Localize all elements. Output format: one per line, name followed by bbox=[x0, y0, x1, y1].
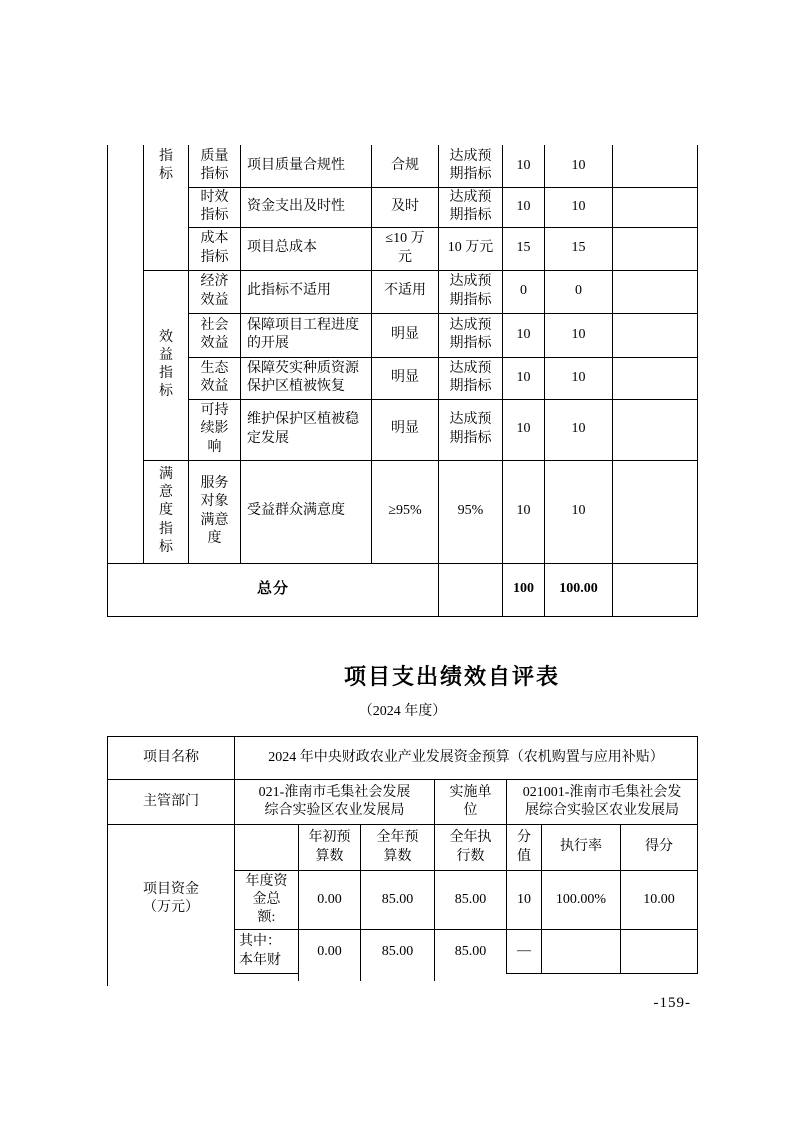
target-value-cell: 合规 bbox=[372, 145, 439, 187]
section-subtitle: （2024 年度） bbox=[107, 700, 698, 720]
weight-cell: 10 bbox=[503, 357, 545, 399]
target-value-cell: ≤10 万 元 bbox=[372, 227, 439, 270]
table-row: 成本 指标 项目总成本 ≤10 万 元 10 万元 15 15 bbox=[108, 227, 698, 270]
department-value-cell: 021-淮南市毛集社会发展 综合实验区农业发展局 bbox=[235, 780, 435, 825]
indicator-group-cell: 指 标 bbox=[144, 145, 189, 270]
indicator-name-cell: 项目质量合规性 bbox=[241, 145, 372, 187]
year-exec-cell: 85.00 bbox=[435, 871, 507, 930]
indicator-group-cell: 满 意 度 指 标 bbox=[144, 460, 189, 563]
score-cell: 10 bbox=[545, 187, 613, 227]
cut-border-stub bbox=[434, 973, 435, 981]
document-page: 指 标 质量 指标 项目质量合规性 合规 达成预 期指标 10 10 时效 指标… bbox=[0, 0, 794, 1122]
project-name-label-cell: 项目名称 bbox=[108, 737, 235, 780]
indicator-name-cell: 资金支出及时性 bbox=[241, 187, 372, 227]
table-row: 社会 效益 保障项目工程进度 的开展 明显 达成预 期指标 10 10 bbox=[108, 313, 698, 357]
score-cell: 0 bbox=[545, 270, 613, 313]
note-cell bbox=[613, 357, 698, 399]
self-evaluation-table: 项目名称 2024 年中央财政农业产业发展资金预算（农机购置与应用补贴） 主管部… bbox=[107, 736, 698, 974]
year-budget-header-cell: 全年预 算数 bbox=[361, 825, 435, 871]
table-row: 生态 效益 保障芡实种质资源 保护区植被恢复 明显 达成预 期指标 10 10 bbox=[108, 357, 698, 399]
year-budget-cell: 85.00 bbox=[361, 930, 435, 974]
cut-border-stub bbox=[360, 973, 361, 981]
indicator-score-table: 指 标 质量 指标 项目质量合规性 合规 达成预 期指标 10 10 时效 指标… bbox=[107, 145, 698, 617]
implementing-unit-value-cell: 021001-淮南市毛集社会发 展综合实验区农业发展局 bbox=[507, 780, 698, 825]
score-cell: 10 bbox=[545, 313, 613, 357]
begin-budget-cell: 0.00 bbox=[299, 930, 361, 974]
sub-indicator-cell: 经济 效益 bbox=[189, 270, 241, 313]
table-row: 效 益 指 标 经济 效益 此指标不适用 不适用 达成预 期指标 0 0 bbox=[108, 270, 698, 313]
weight-cell: 10 bbox=[503, 145, 545, 187]
weight-cell: 15 bbox=[503, 227, 545, 270]
score-cell: 10 bbox=[545, 145, 613, 187]
note-cell bbox=[613, 313, 698, 357]
note-cell bbox=[613, 145, 698, 187]
note-cell bbox=[613, 563, 698, 616]
year-exec-cell: 85.00 bbox=[435, 930, 507, 974]
table-row: 时效 指标 资金支出及时性 及时 达成预 期指标 10 10 bbox=[108, 187, 698, 227]
begin-budget-header-cell: 年初预 算数 bbox=[299, 825, 361, 871]
target-value-cell: 明显 bbox=[372, 357, 439, 399]
weight-cell: 10 bbox=[503, 187, 545, 227]
year-exec-header-cell: 全年执 行数 bbox=[435, 825, 507, 871]
note-cell bbox=[613, 270, 698, 313]
actual-value-cell: 达成预 期指标 bbox=[439, 145, 503, 187]
project-name-value-cell: 2024 年中央财政农业产业发展资金预算（农机购置与应用补贴） bbox=[235, 737, 698, 780]
target-value-cell: 明显 bbox=[372, 313, 439, 357]
total-score-cell: 100.00 bbox=[545, 563, 613, 616]
actual-value-cell: 达成预 期指标 bbox=[439, 313, 503, 357]
sub-indicator-cell: 社会 效益 bbox=[189, 313, 241, 357]
weight-header-cell: 分 值 bbox=[507, 825, 542, 871]
exec-rate-cell bbox=[542, 930, 621, 974]
indicator-name-cell: 受益群众满意度 bbox=[241, 460, 372, 563]
actual-value-cell: 达成预 期指标 bbox=[439, 357, 503, 399]
score-cell: 10 bbox=[545, 357, 613, 399]
sub-indicator-cell: 成本 指标 bbox=[189, 227, 241, 270]
project-funds-label-cell: 项目资金 （万元） bbox=[108, 825, 235, 974]
target-value-cell: ≥95% bbox=[372, 460, 439, 563]
weight-cell: 0 bbox=[503, 270, 545, 313]
weight-cell: 10 bbox=[507, 871, 542, 930]
page-number: -159- bbox=[654, 995, 692, 1012]
indicator-name-cell: 此指标不适用 bbox=[241, 270, 372, 313]
year-budget-cell: 85.00 bbox=[361, 871, 435, 930]
funds-subcategory-header-cell bbox=[235, 825, 299, 871]
note-cell bbox=[613, 187, 698, 227]
funds-row-label-cell: 年度资 金总 额: bbox=[235, 871, 299, 930]
indicator-name-cell: 维护保护区植被稳 定发展 bbox=[241, 399, 372, 460]
section-title: 项目支出绩效自评表 bbox=[344, 660, 560, 691]
weight-cell: 10 bbox=[503, 460, 545, 563]
note-cell bbox=[613, 460, 698, 563]
cut-border-stub bbox=[107, 973, 108, 986]
indicator-name-cell: 保障项目工程进度 的开展 bbox=[241, 313, 372, 357]
department-label-cell: 主管部门 bbox=[108, 780, 235, 825]
table-row: 满 意 度 指 标 服务 对象 满意 度 受益群众满意度 ≥95% 95% 10… bbox=[108, 460, 698, 563]
score-cell: 15 bbox=[545, 227, 613, 270]
project-name-row: 项目名称 2024 年中央财政农业产业发展资金预算（农机购置与应用补贴） bbox=[108, 737, 698, 780]
table-row: 指 标 质量 指标 项目质量合规性 合规 达成预 期指标 10 10 bbox=[108, 145, 698, 187]
sub-indicator-cell: 质量 指标 bbox=[189, 145, 241, 187]
score-cell: 10.00 bbox=[621, 871, 698, 930]
actual-value-cell: 达成预 期指标 bbox=[439, 270, 503, 313]
sub-indicator-cell: 可持 续影 响 bbox=[189, 399, 241, 460]
target-value-cell: 不适用 bbox=[372, 270, 439, 313]
indicator-group-cell: 效 益 指 标 bbox=[144, 270, 189, 460]
total-row: 总分 100 100.00 bbox=[108, 563, 698, 616]
department-row: 主管部门 021-淮南市毛集社会发展 综合实验区农业发展局 实施单 位 0210… bbox=[108, 780, 698, 825]
actual-value-cell: 达成预 期指标 bbox=[439, 187, 503, 227]
table-row: 可持 续影 响 维护保护区植被稳 定发展 明显 达成预 期指标 10 10 bbox=[108, 399, 698, 460]
score-cell: 10 bbox=[545, 399, 613, 460]
cut-border-stub bbox=[298, 973, 299, 981]
score-cell bbox=[621, 930, 698, 974]
actual-value-cell bbox=[439, 563, 503, 616]
weight-cell: 10 bbox=[503, 399, 545, 460]
actual-value-cell: 95% bbox=[439, 460, 503, 563]
sub-indicator-cell: 服务 对象 满意 度 bbox=[189, 460, 241, 563]
target-value-cell: 及时 bbox=[372, 187, 439, 227]
indicator-name-cell: 保障芡实种质资源 保护区植被恢复 bbox=[241, 357, 372, 399]
actual-value-cell: 10 万元 bbox=[439, 227, 503, 270]
begin-budget-cell: 0.00 bbox=[299, 871, 361, 930]
note-cell bbox=[613, 227, 698, 270]
total-weight-cell: 100 bbox=[503, 563, 545, 616]
target-value-cell: 明显 bbox=[372, 399, 439, 460]
funds-header-row: 项目资金 （万元） 年初预 算数 全年预 算数 全年执 行数 分 值 执行率 得… bbox=[108, 825, 698, 871]
actual-value-cell: 达成预 期指标 bbox=[439, 399, 503, 460]
funds-row-label-cell: 其中： 本年财 bbox=[235, 930, 299, 974]
exec-rate-header-cell: 执行率 bbox=[542, 825, 621, 871]
sub-indicator-cell: 时效 指标 bbox=[189, 187, 241, 227]
total-label-cell: 总分 bbox=[108, 563, 439, 616]
left-margin-column-cell bbox=[108, 145, 144, 563]
weight-cell: — bbox=[507, 930, 542, 974]
sub-indicator-cell: 生态 效益 bbox=[189, 357, 241, 399]
implementing-unit-label-cell: 实施单 位 bbox=[435, 780, 507, 825]
indicator-name-cell: 项目总成本 bbox=[241, 227, 372, 270]
weight-cell: 10 bbox=[503, 313, 545, 357]
note-cell bbox=[613, 399, 698, 460]
score-cell: 10 bbox=[545, 460, 613, 563]
exec-rate-cell: 100.00% bbox=[542, 871, 621, 930]
score-header-cell: 得分 bbox=[621, 825, 698, 871]
